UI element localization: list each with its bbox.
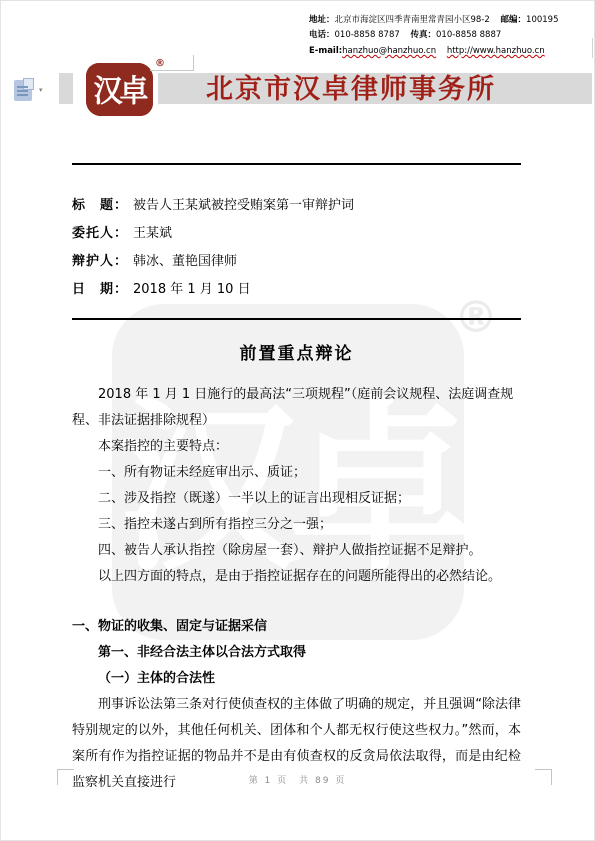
section-heading-level1: 一、物证的收集、固定与证据采信 [72, 614, 521, 640]
document-body: 前置重点辩论 2018 年 1 月 1 日施行的最高法“三项规程”（庭前会议规程… [72, 342, 521, 796]
list-item: 二、涉及指控（既遂）一半以上的证言出现相反证据； [72, 486, 521, 512]
paste-options-button[interactable]: ▾ [12, 78, 50, 104]
section-heading-level3: （一）主体的合法性 [72, 666, 521, 692]
list-item: 三、指控未遂占到所有指控三分之一强； [72, 512, 521, 538]
firm-logo-characters: 汉卓 [93, 68, 145, 111]
phone-label: 电话： [309, 30, 335, 40]
firm-name-title: 北京市汉卓律师事务所 [206, 74, 496, 105]
meta-value: 被告人王某斌被控受贿案第一审辩护词 [133, 198, 354, 213]
meta-value: 韩冰、董艳国律师 [133, 254, 237, 269]
meta-label: 辩护人： [72, 254, 128, 269]
meta-value: 2018 年 1 月 10 日 [133, 282, 251, 297]
address-label: 地址： [309, 15, 335, 25]
firm-logo-seal: 汉卓 ® [86, 63, 153, 116]
list-item: 四、被告人承认指控（除房屋一套）、辩护人做指控证据不足辩护。 [72, 538, 521, 564]
meta-label: 日 期： [72, 282, 128, 297]
body-paragraph: 本案指控的主要特点： [72, 434, 521, 460]
paste-icon [14, 80, 32, 101]
body-paragraph: 以上四方面的特点，是由于指控证据存在的问题所能得出的必然结论。 [72, 564, 521, 590]
divider-line-bottom [72, 318, 521, 320]
email-link[interactable]: hanzhuo@hanzhuo.cn [342, 46, 436, 56]
address-value: 北京市海淀区四季青南里常青园小区98-2 [335, 15, 490, 25]
email-line: E-mail:hanzhuo@hanzhuo.cn http://www.han… [309, 44, 583, 59]
meta-row-date: 日 期：2018 年 1 月 10 日 [72, 276, 354, 304]
meta-value: 王某斌 [133, 226, 172, 241]
right-boundary-mark [592, 38, 593, 58]
document-page: ▾ 地址：北京市海淀区四季青南里常青园小区98-2 邮编：100195 电话：0… [0, 0, 595, 841]
meta-label: 委托人： [72, 226, 128, 241]
document-heading: 前置重点辩论 [72, 342, 521, 366]
address-line: 地址：北京市海淀区四季青南里常青园小区98-2 邮编：100195 [309, 13, 583, 28]
meta-row-client: 委托人：王某斌 [72, 220, 354, 248]
meta-label: 标 题： [72, 198, 128, 213]
divider-line-top [72, 163, 521, 165]
phone-line: 电话：010-8858 8787 传真：010-8858 8887 [309, 28, 583, 43]
body-paragraph: 2018 年 1 月 1 日施行的最高法“三项规程”（庭前会议规程、法庭调查规程… [72, 382, 521, 434]
header-boundary-mark [150, 55, 194, 71]
fax-label: 传真： [410, 30, 436, 40]
meta-row-defender: 辩护人：韩冰、董艳国律师 [72, 248, 354, 276]
list-item: 一、所有物证未经庭审出示、质证； [72, 460, 521, 486]
document-meta: 标 题：被告人王某斌被控受贿案第一审辩护词 委托人：王某斌 辩护人：韩冰、董艳国… [72, 192, 354, 304]
email-label: E-mail: [309, 46, 342, 56]
section-heading-level2: 第一、非经合法主体以合法方式取得 [72, 640, 521, 666]
chevron-down-icon: ▾ [39, 86, 43, 94]
zip-label: 邮编： [501, 15, 527, 25]
website-link[interactable]: http://www.hanzhuo.cn [447, 46, 545, 56]
meta-row-title: 标 题：被告人王某斌被控受贿案第一审辩护词 [72, 192, 354, 220]
letterhead-contact: 地址：北京市海淀区四季青南里常青园小区98-2 邮编：100195 电话：010… [309, 13, 583, 59]
fax-value: 010-8858 8887 [436, 30, 501, 40]
page-number-footer: 第 1 页 共 89 页 [0, 773, 595, 786]
zip-value: 100195 [526, 15, 558, 25]
phone-value: 010-8858 8787 [335, 30, 400, 40]
